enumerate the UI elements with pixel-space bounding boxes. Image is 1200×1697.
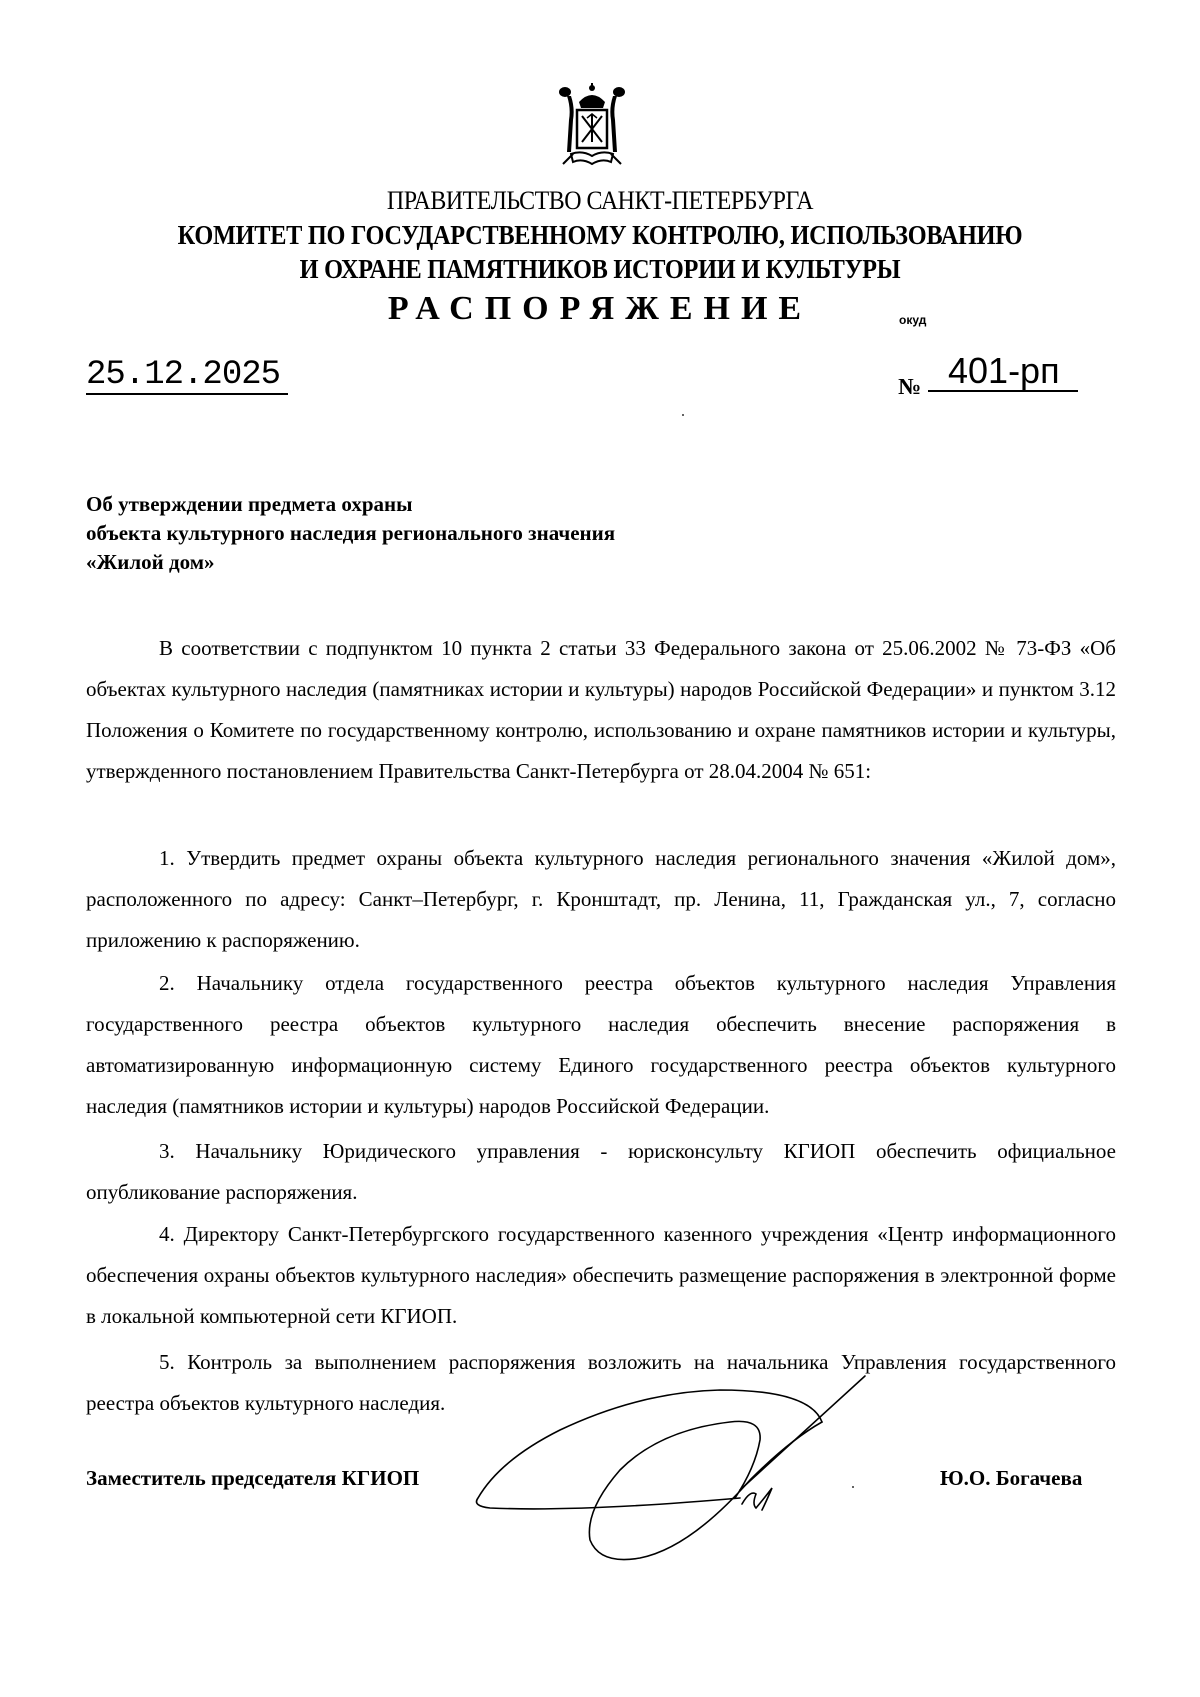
okud-label: окуд <box>899 313 926 327</box>
document-date: 25.12.2025 <box>86 358 288 395</box>
coat-of-arms-icon <box>557 80 627 170</box>
order-item-1: 1. Утвердить предмет охраны объекта куль… <box>86 838 1116 961</box>
handwritten-signature-icon <box>460 1370 880 1580</box>
order-item-text: 4. Директору Санкт-Петербургского госуда… <box>86 1222 1116 1328</box>
signer-name: Ю.О. Богачева <box>940 1466 1082 1491</box>
signer-position: Заместитель председателя КГИОП <box>86 1466 419 1491</box>
document-type-title: РАСПОРЯЖЕНИЕ <box>0 290 1200 328</box>
order-item-2: 2. Начальнику отдела государственного ре… <box>86 963 1116 1127</box>
order-item-text: 2. Начальнику отдела государственного ре… <box>86 971 1116 1118</box>
order-item-3: 3. Начальнику Юридического управления - … <box>86 1131 1116 1213</box>
committee-heading-line2: И ОХРАНЕ ПАМЯТНИКОВ ИСТОРИИ И КУЛЬТУРЫ <box>60 254 1140 285</box>
scan-speck <box>682 414 684 416</box>
order-item-4: 4. Директору Санкт-Петербургского госуда… <box>86 1214 1116 1337</box>
preamble-paragraph: В соответствии с подпунктом 10 пункта 2 … <box>86 628 1116 792</box>
document-subject: Об утверждении предмета охраны объекта к… <box>86 490 615 577</box>
committee-heading-line1: КОМИТЕТ ПО ГОСУДАРСТВЕННОМУ КОНТРОЛЮ, ИС… <box>60 220 1140 251</box>
document-number: 401-рп <box>928 352 1078 392</box>
order-item-text: 3. Начальнику Юридического управления - … <box>86 1139 1116 1204</box>
preamble-text: В соответствии с подпунктом 10 пункта 2 … <box>86 636 1116 783</box>
government-heading: ПРАВИТЕЛЬСТВО САНКТ-ПЕТЕРБУРГА <box>48 186 1152 216</box>
subject-line-2: объекта культурного наследия регионально… <box>86 519 615 548</box>
subject-line-3: «Жилой дом» <box>86 548 615 577</box>
order-item-text: 1. Утвердить предмет охраны объекта куль… <box>86 846 1116 952</box>
subject-line-1: Об утверждении предмета охраны <box>86 490 615 519</box>
scan-speck <box>852 1486 854 1488</box>
number-label: № <box>898 374 921 400</box>
